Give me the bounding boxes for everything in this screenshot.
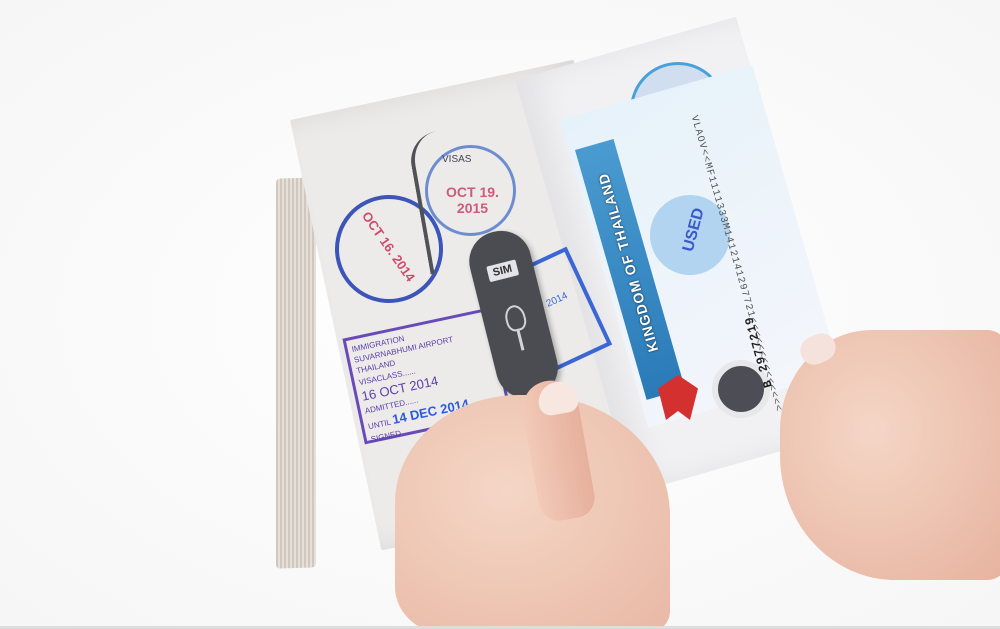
sim-pin-stem	[516, 329, 524, 351]
stamp-date: OCT 16. 2014	[354, 201, 424, 292]
stamp-used-label: USED	[680, 206, 709, 254]
right-hand	[780, 330, 1000, 580]
passport-page-edges	[276, 177, 316, 568]
sim-label: SIM	[486, 260, 519, 283]
stamp-line: UNTIL	[367, 418, 391, 432]
